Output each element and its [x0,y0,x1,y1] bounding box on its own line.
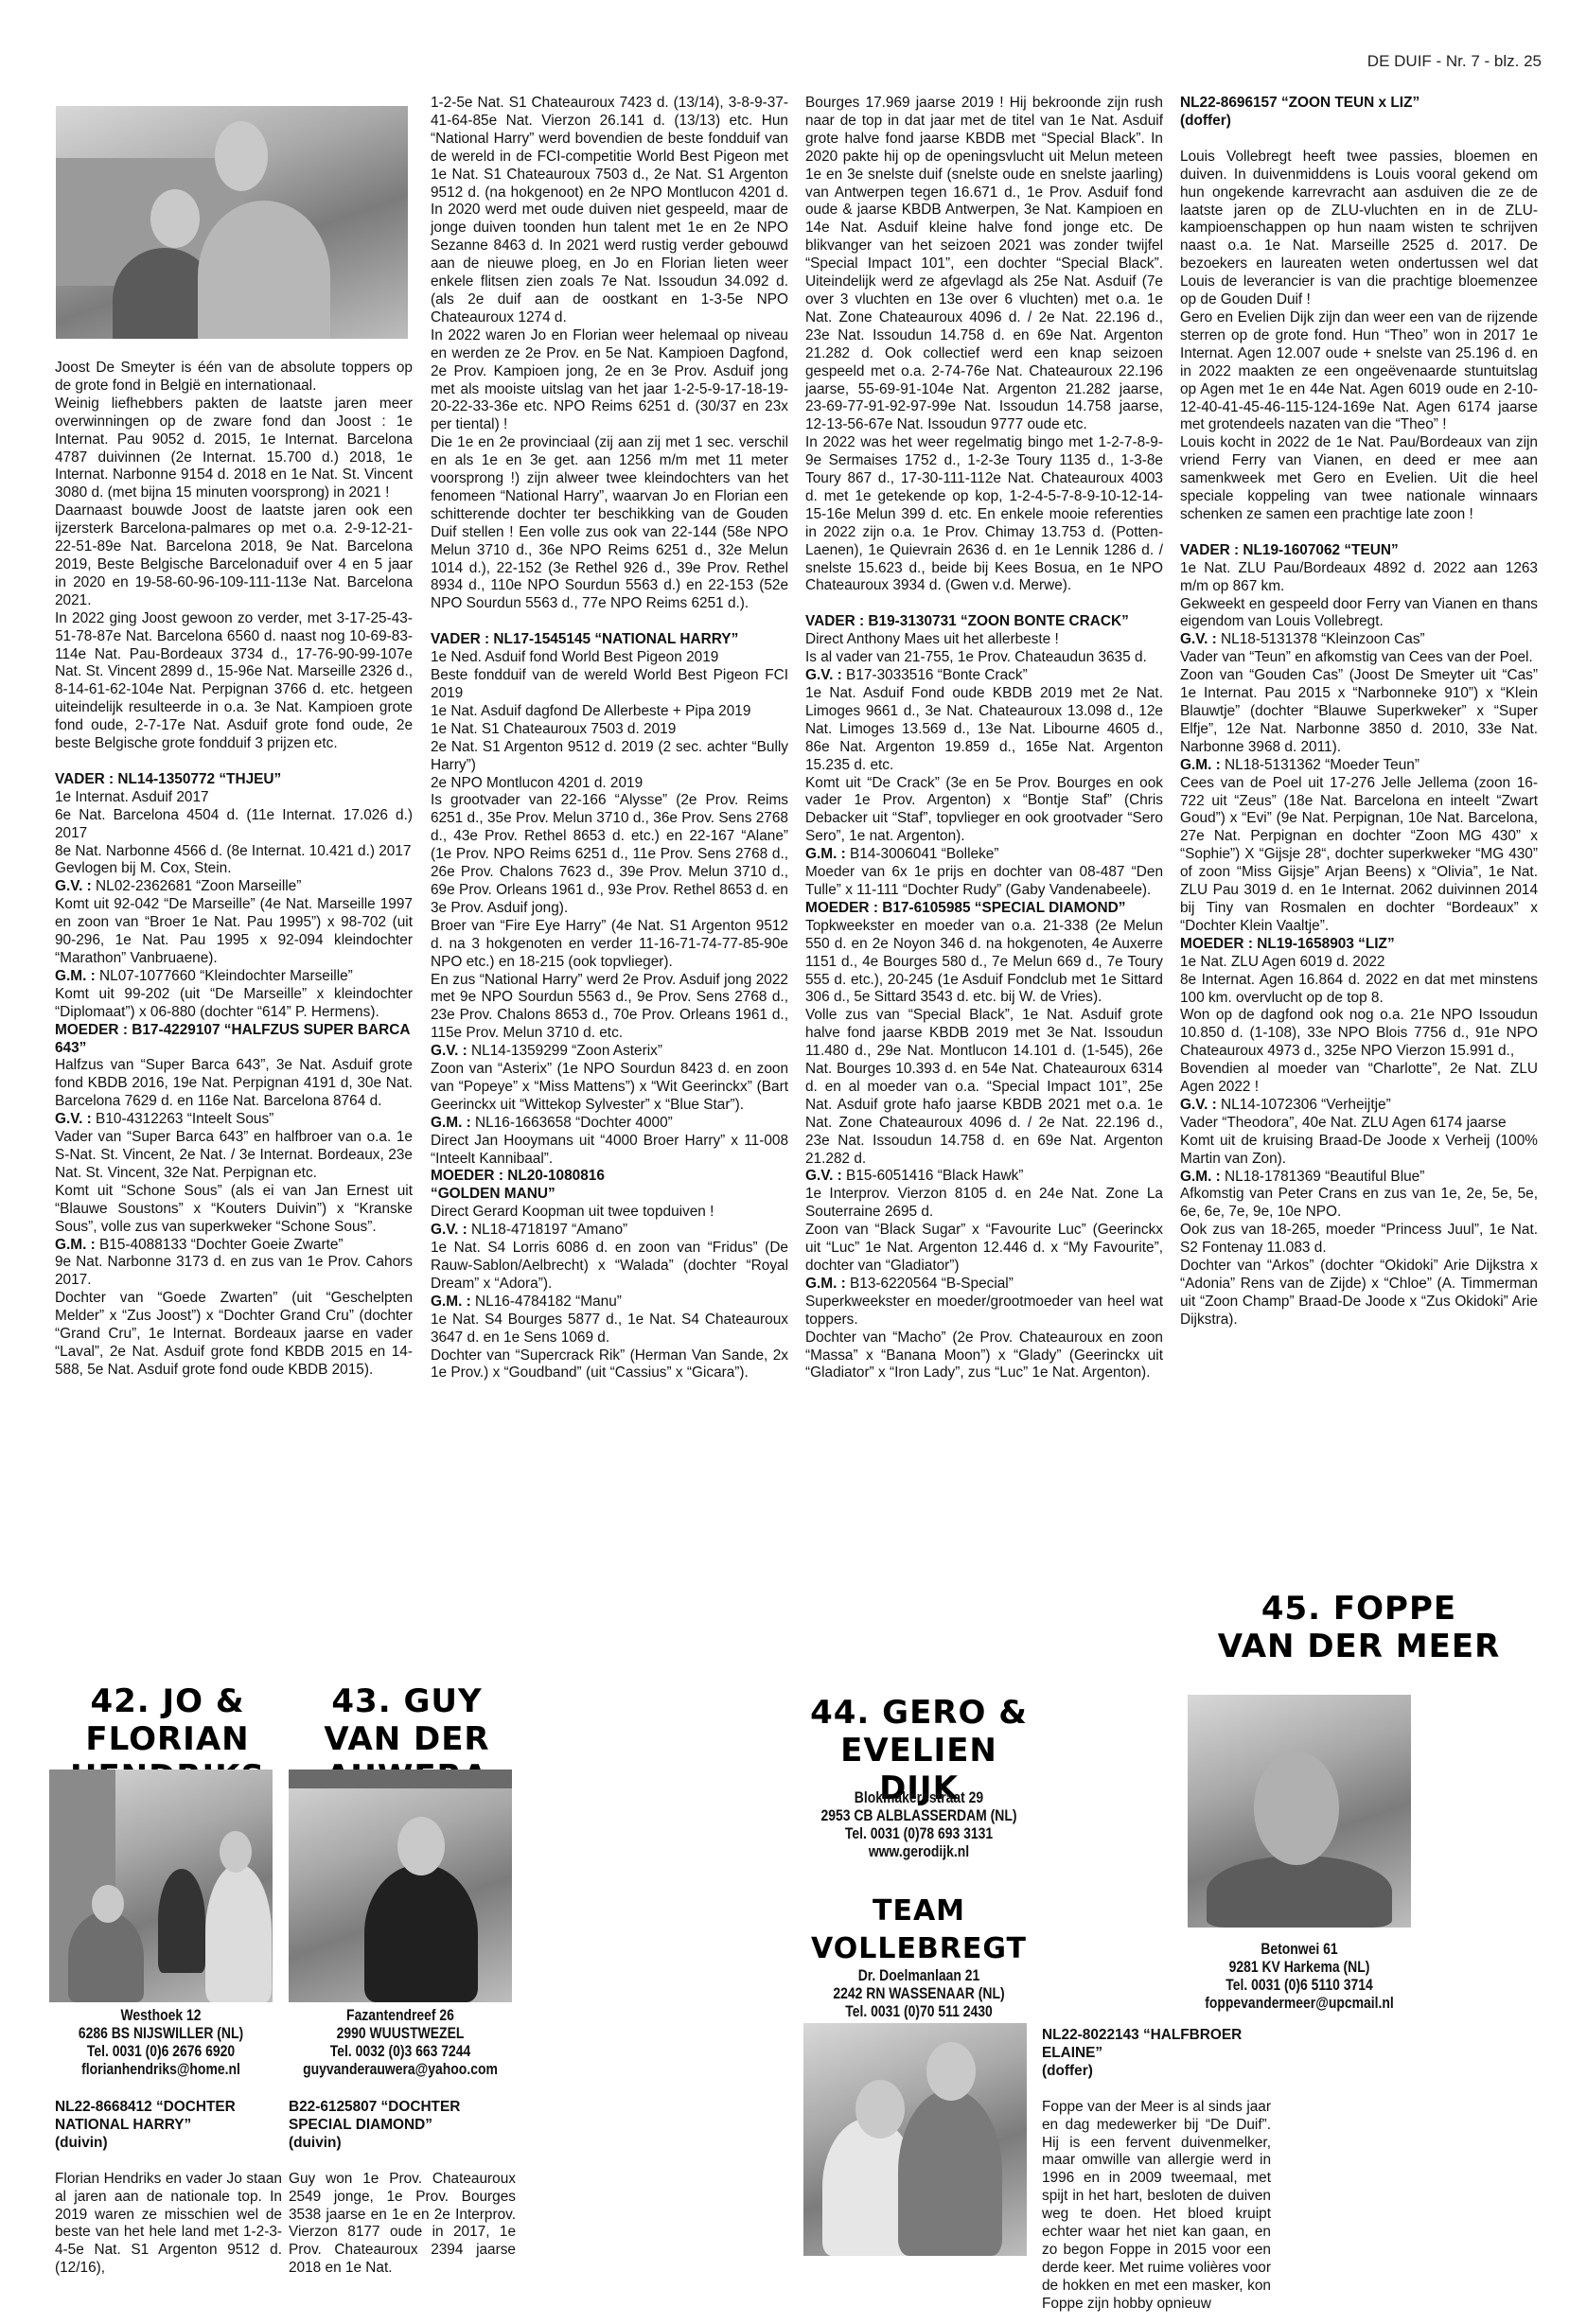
intro-paragraph: Weinig liefhebbers pakten de laatste jar… [55,396,413,502]
gm-text: Moeder van 6x 1e prijs en dochter van 08… [805,864,1163,900]
entry-45-pigeon-info: NL22-8022143 “HALFBROER ELAINE” (doffer)… [1042,2027,1271,2314]
gv-text: Zoon van “Gouden Cas” (Joost De Smeyter … [1180,667,1538,757]
entry-title-line: 43. GUY [289,1682,525,1720]
gv-name: NL02-2362681 “Zoon Marseille” [92,878,302,894]
page-header: DE DUIF - Nr. 7 - blz. 25 [1367,52,1542,71]
gv-name: NL14-1072306 “Verheijtje” [1217,1097,1391,1113]
photo-team-vollebregt [803,2023,1027,2256]
gm-label: G.M. : [805,1276,846,1292]
photo-foppe-van-der-meer [1188,1695,1411,1928]
vader-line: Is al vader van 21-755, 1e Prov. Chateau… [805,649,1163,667]
moeder-line: Won op de dagfond ook nog o.a. 21e NPO I… [1180,1007,1538,1061]
vader-line: 6e Nat. Barcelona 4504 d. (11e Internat.… [55,807,413,843]
pigeon-sex: (doffer) [1042,2063,1271,2081]
intro-paragraph: Louis kocht in 2022 de 1e Nat. Pau/Borde… [1180,434,1538,524]
moeder-heading: MOEDER : B17-6105985 “SPECIAL DIAMOND” [805,900,1163,918]
pigeon-heading: NL22-8696157 “ZOON TEUN x LIZ” [1180,95,1538,113]
moeder-text: Volle zus van “Special Black”, 1e Nat. A… [805,1007,1163,1168]
gv-label: G.V. : [55,1111,92,1127]
gm-name: NL16-1663658 “Dochter 4000” [471,1115,673,1131]
gv-name: B10-4312263 “Inteelt Sous” [92,1111,274,1127]
address-city: 2953 CB ALBLASSERDAM (NL) [796,1806,1041,1824]
moeder-heading: MOEDER : NL20-1080816 [431,1168,788,1186]
vader-line: 1e Nat. ZLU Pau/Bordeaux 4892 d. 2022 aa… [1180,560,1538,596]
gv-name: B15-6051416 “Black Hawk” [842,1168,1024,1184]
gv-text: Zoon van “Black Sugar” x “Favourite Luc”… [805,1222,1163,1276]
gv-label: G.V. : [1180,631,1217,647]
gm-entry: G.M. : NL18-1781369 “Beautiful Blue” [1180,1169,1538,1187]
moeder-heading: “GOLDEN MANU” [431,1186,788,1204]
vader-line: En zus “National Harry” werd 2e Prov. As… [431,972,788,1044]
gv-entry: G.V. : NL14-1359299 “Zoon Asterix” [431,1043,788,1061]
email-link[interactable]: foppevandermeer@upcmail.nl [1176,1994,1421,2012]
contact-block: Fazantendreef 26 2990 WUUSTWEZEL Tel. 00… [277,2006,522,2078]
intro-paragraph: Joost De Smeyter is één van de absolute … [55,360,413,396]
moeder-text: Direct Gerard Koopman uit twee topduiven… [431,1204,788,1222]
gm-text: Dochter van “Supercrack Rik” (Herman Van… [431,1347,788,1383]
moeder-line: Bovendien al moeder van “Charlotte”, 2e … [1180,1061,1538,1097]
entry-text: Foppe van der Meer is al sinds jaar en d… [1042,2099,1271,2314]
gm-text: 9e Nat. Narbonne 3173 d. en zus van 1e P… [55,1254,413,1290]
gm-text: Cees van de Poel uit 17-276 Jelle Jellem… [1180,775,1538,936]
address-city: 2990 WUUSTWEZEL [277,2024,522,2042]
vader-line: Gevlogen bij M. Cox, Stein. [55,860,413,878]
vader-line: 1e Ned. Asduif fond World Best Pigeon 20… [431,649,788,667]
entry-text: Guy won 1e Prov. Chateauroux 2549 jonge,… [289,2171,516,2278]
gv-text: Komt uit 92-042 “De Marseille” (4e Nat. … [55,896,413,968]
intro-paragraph: Die 1e en 2e provinciaal (zij aan zij me… [431,434,788,613]
email-link[interactable]: guyvanderauwera@yahoo.com [277,2060,522,2078]
address-street: Betonwei 61 [1176,1940,1421,1958]
gm-label: G.M. : [55,1237,96,1253]
vader-heading: VADER : B19-3130731 “ZOON BONTE CRACK” [805,613,1163,631]
gm-entry: G.M. : NL18-5131362 “Moeder Teun” [1180,757,1538,775]
gm-entry: G.M. : B15-4088133 “Dochter Goeie Zwarte… [55,1237,413,1255]
gv-label: G.V. : [1180,1097,1217,1113]
gm-entry: G.M. : NL16-1663658 “Dochter 4000” [431,1115,788,1133]
vader-heading: VADER : NL19-1607062 “TEUN” [1180,542,1538,560]
gm-name: NL18-1781369 “Beautiful Blue” [1221,1169,1425,1185]
vader-line: 2e Nat. S1 Argenton 9512 d. 2019 (2 sec.… [431,739,788,775]
pigeon-heading: NL22-8022143 “HALFBROER ELAINE” [1042,2027,1271,2063]
vader-line: Gekweekt en gespeeld door Ferry van Vian… [1180,596,1538,632]
address-city: 2242 RN WASSENAAR (NL) [796,1984,1041,2002]
intro-paragraph: Louis Vollebregt heeft twee passies, blo… [1180,149,1538,309]
gm-label: G.M. : [431,1294,471,1310]
gv-text: 1e Nat. Asduif Fond oude KBDB 2019 met 2… [805,685,1163,775]
gm-text: Superkweekster en moeder/grootmoeder van… [805,1294,1163,1329]
gv-text: Vader “Theodora”, 40e Nat. ZLU Agen 6174… [1180,1115,1538,1133]
gm-text: Dochter van “Macho” (2e Prov. Chateaurou… [805,1329,1163,1383]
gv-label: G.V. : [55,878,92,894]
gv-name: NL14-1359299 “Zoon Asterix” [467,1043,662,1059]
phone: Tel. 0031 (0)70 511 2430 [796,2002,1041,2020]
phone: Tel. 0031 (0)78 693 3131 [796,1824,1041,1842]
vader-line: 8e Nat. Narbonne 4566 d. (8e Internat. 1… [55,843,413,861]
column-4: NL22-8696157 “ZOON TEUN x LIZ” (doffer) … [1180,95,1538,1329]
entry-45-foppe-van-der-meer: 45. FOPPE VAN DER MEER [1180,1590,1538,1665]
intro-paragraph: In 2022 waren Jo en Florian weer helemaa… [431,327,788,434]
entry-43-pigeon: B22-6125807 “DOCHTER SPECIAL DIAMOND” (d… [289,2099,516,2278]
pigeon-sex: (duivin) [55,2135,282,2153]
intro-paragraph: Gero en Evelien Dijk zijn dan weer een v… [1180,309,1538,434]
gm-name: B15-4088133 “Dochter Goeie Zwarte” [96,1237,344,1253]
gm-label: G.M. : [805,846,846,862]
vader-line: Direct Anthony Maes uit het allerbeste ! [805,631,1163,649]
moeder-line: 1e Nat. ZLU Agen 6019 d. 2022 [1180,954,1538,972]
vader-heading: VADER : NL14-1350772 “THJEU” [55,771,413,789]
address-street: Blokmakersstraat 29 [796,1788,1041,1806]
address-city: 6286 BS NIJSWILLER (NL) [38,2024,283,2042]
gv-label: G.V. : [805,667,842,683]
gv-label: G.V. : [431,1222,467,1238]
contact-block: Blokmakersstraat 29 2953 CB ALBLASSERDAM… [796,1788,1041,1860]
phone: Tel. 0031 (0)6 5110 3714 [1176,1976,1421,1994]
gv-label: G.V. : [805,1168,842,1184]
entry-title-line: 44. GERO & EVELIEN [805,1694,1032,1769]
moeder-heading: MOEDER : NL19-1658903 “LIZ” [1180,936,1538,954]
entry-42-pigeon: NL22-8668412 “DOCHTER NATIONAL HARRY” (d… [55,2099,282,2278]
column-1: Joost De Smeyter is één van de absolute … [55,95,413,1380]
entry-title-line: 45. FOPPE [1180,1590,1538,1628]
entry-title-line: VAN DER MEER [1180,1628,1538,1665]
gv-entry: G.V. : NL02-2362681 “Zoon Marseille” [55,878,413,896]
photo-guy-van-der-auwera [289,1769,512,2002]
entry-text: Florian Hendriks en vader Jo staan al ja… [55,2171,282,2278]
phone: Tel. 0031 (0)6 2676 6920 [38,2042,283,2060]
gv-text: Komt uit “Schone Sous” (als ei van Jan E… [55,1183,413,1237]
photo-jo-florian-hendriks [49,1769,273,2002]
gm-label: G.M. : [1180,757,1221,773]
intro-paragraph: 1-2-5e Nat. S1 Chateauroux 7423 d. (13/1… [431,95,788,327]
gv-entry: G.V. : NL14-1072306 “Verheijtje” [1180,1097,1538,1115]
gm-entry: G.M. : NL07-1077660 “Kleindochter Marsei… [55,968,413,986]
intro-paragraph: Daarnaast bouwde Joost de laatste jaren … [55,502,413,609]
gm-label: G.M. : [431,1115,471,1131]
gv-text: Vader van “Super Barca 643” en halfbroer… [55,1129,413,1183]
address-street: Fazantendreef 26 [277,2006,522,2024]
contact-block: Westhoek 12 6286 BS NIJSWILLER (NL) Tel.… [38,2006,283,2078]
gm-text: Afkomstig van Peter Crans en zus van 1e,… [1180,1186,1538,1222]
address-city: 9281 KV Harkema (NL) [1176,1958,1421,1976]
intro-paragraph: In 2022 ging Joost gewoon zo verder, met… [55,610,413,753]
gm-text: Komt uit 99-202 (uit “De Marseille” x kl… [55,986,413,1022]
pigeon-heading: NL22-8668412 “DOCHTER NATIONAL HARRY” [55,2099,282,2135]
vader-line: 2e NPO Montlucon 4201 d. 2019 [431,775,788,793]
contact-block: Betonwei 61 9281 KV Harkema (NL) Tel. 00… [1176,1940,1421,2012]
entry-title-line: 42. JO & FLORIAN [49,1682,286,1758]
moeder-text: Halfzus van “Super Barca 643”, 3e Nat. A… [55,1057,413,1111]
moeder-line: 8e Internat. Agen 16.864 d. 2022 en dat … [1180,972,1538,1008]
team-vollebregt-title: TEAM VOLLEBREGT [805,1893,1032,1968]
intro-paragraph: Bourges 17.969 jaarse 2019 ! Hij bekroon… [805,95,1163,434]
gv-text: Zoon van “Asterix” (1e NPO Sourdun 8423 … [431,1061,788,1115]
column-2: 1-2-5e Nat. S1 Chateauroux 7423 d. (13/1… [431,95,788,1382]
gm-text: Dochter van “Arkos” (dochter “Okidoki” A… [1180,1258,1538,1329]
gv-text: Komt uit de kruising Braad-De Joode x Ve… [1180,1133,1538,1169]
email-link[interactable]: florianhendriks@home.nl [38,2060,283,2078]
pigeon-sex: (doffer) [1180,113,1538,131]
phone: Tel. 0032 (0)3 663 7244 [277,2042,522,2060]
gv-entry: G.V. : B17-3033516 “Bonte Crack” [805,667,1163,685]
photo-joost-de-smeyter [56,106,408,339]
gm-text: 1e Nat. S4 Bourges 5877 d., 1e Nat. S4 C… [431,1312,788,1347]
gm-label: G.M. : [1180,1169,1221,1185]
gv-text: 1e Nat. S4 Lorris 6086 d. en zoon van “F… [431,1240,788,1294]
gm-label: G.M. : [55,968,96,984]
gm-text: Direct Jan Hooymans uit “4000 Broer Harr… [431,1133,788,1169]
pigeon-sex: (duivin) [289,2135,516,2153]
vader-heading: VADER : NL17-1545145 “NATIONAL HARRY” [431,631,788,649]
gv-entry: G.V. : B10-4312263 “Inteelt Sous” [55,1111,413,1129]
gm-entry: G.M. : B14-3006041 “Bolleke” [805,846,1163,864]
vader-line: 1e Nat. S1 Chateauroux 7503 d. 2019 [431,721,788,739]
gv-name: NL18-4718197 “Amano” [467,1222,627,1238]
address-street: Dr. Doelmanlaan 21 [796,1966,1041,1984]
gv-entry: G.V. : B15-6051416 “Black Hawk” [805,1168,1163,1186]
moeder-text: Topkweekster en moeder van o.a. 21-338 (… [805,918,1163,1008]
pigeon-heading: B22-6125807 “DOCHTER SPECIAL DIAMOND” [289,2099,516,2135]
vader-line: 1e Nat. Asduif dagfond De Allerbeste + P… [431,703,788,721]
intro-paragraph: In 2022 was het weer regelmatig bingo me… [805,434,1163,595]
gm-entry: G.M. : B13-6220564 “B-Special” [805,1276,1163,1294]
gm-name: B13-6220564 “B-Special” [846,1276,1014,1292]
vader-line: Is grootvader van 22-166 “Alysse” (2e Pr… [431,792,788,917]
gv-entry: G.V. : NL18-5131378 “Kleinzoon Cas” [1180,631,1538,649]
gv-text: 1e Interprov. Vierzon 8105 d. en 24e Nat… [805,1186,1163,1222]
gm-name: NL07-1077660 “Kleindochter Marseille” [96,968,353,984]
gv-name: B17-3033516 “Bonte Crack” [842,667,1028,683]
gm-name: NL16-4784182 “Manu” [471,1294,622,1310]
gm-name: B14-3006041 “Bolleke” [846,846,999,862]
vader-line: Beste fondduif van de wereld World Best … [431,667,788,703]
website-link[interactable]: www.gerodijk.nl [796,1842,1041,1860]
gm-text: Ook zus van 18-265, moeder “Princess Juu… [1180,1222,1538,1258]
gv-label: G.V. : [431,1043,467,1059]
gv-entry: G.V. : NL18-4718197 “Amano” [431,1222,788,1240]
gv-text: Vader van “Teun” en afkomstig van Cees v… [1180,649,1538,667]
vader-line: Broer van “Fire Eye Harry” (4e Nat. S1 A… [431,918,788,972]
gm-entry: G.M. : NL16-4784182 “Manu” [431,1294,788,1312]
vader-line: 1e Internat. Asduif 2017 [55,789,413,807]
gm-name: NL18-5131362 “Moeder Teun” [1221,757,1419,773]
gm-text: Dochter van “Goede Zwarten” (uit “Gesche… [55,1290,413,1380]
gv-name: NL18-5131378 “Kleinzoon Cas” [1217,631,1425,647]
moeder-heading: MOEDER : B17-4229107 “HALFZUS SUPER BARC… [55,1022,413,1058]
column-3: Bourges 17.969 jaarse 2019 ! Hij bekroon… [805,95,1163,1382]
address-street: Westhoek 12 [38,2006,283,2024]
gv-text: Komt uit “De Crack” (3e en 5e Prov. Bour… [805,775,1163,847]
